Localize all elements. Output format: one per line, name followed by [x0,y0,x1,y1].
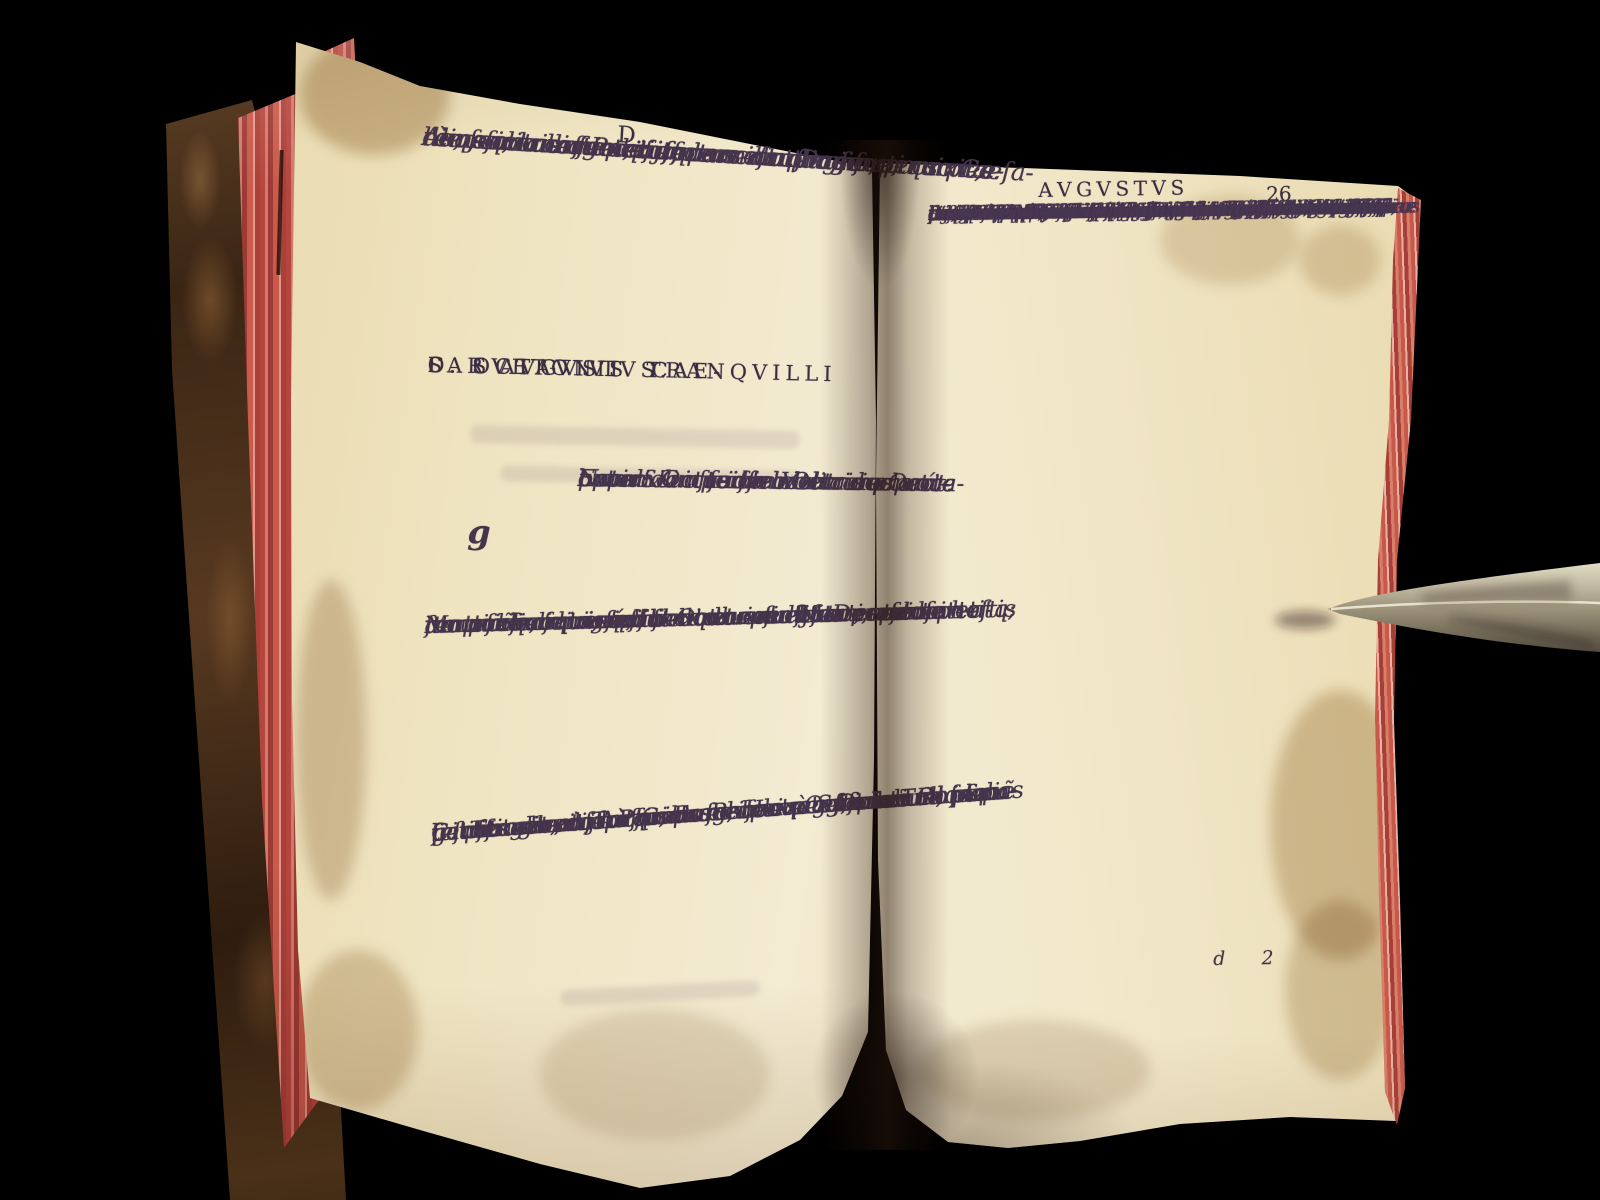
paper-stain [1300,225,1380,295]
show-through-text [560,980,761,1006]
pointer-patina [1420,580,1572,603]
chapter-title-line: SAR AVGVSTVS. [427,350,672,387]
paper-stain [540,1010,770,1140]
signature-text: d 2 [1213,947,1274,970]
book-photo: D. die ſenatus ageretur. Percuſſorum aut… [0,0,1600,1200]
guide-letter: g [467,512,491,552]
paper-stain [298,950,418,1110]
pointer-patina [1450,616,1595,650]
paper-stain [920,1020,1150,1120]
show-through-text [470,425,800,449]
left-intro-block: die ſenatus ageretur. Percuſſorum autem … [424,118,903,146]
body-line: batur: & oſtendebatur ara Octa- [578,463,951,499]
paper-stain [296,580,366,900]
paper-stain [1285,900,1395,1080]
